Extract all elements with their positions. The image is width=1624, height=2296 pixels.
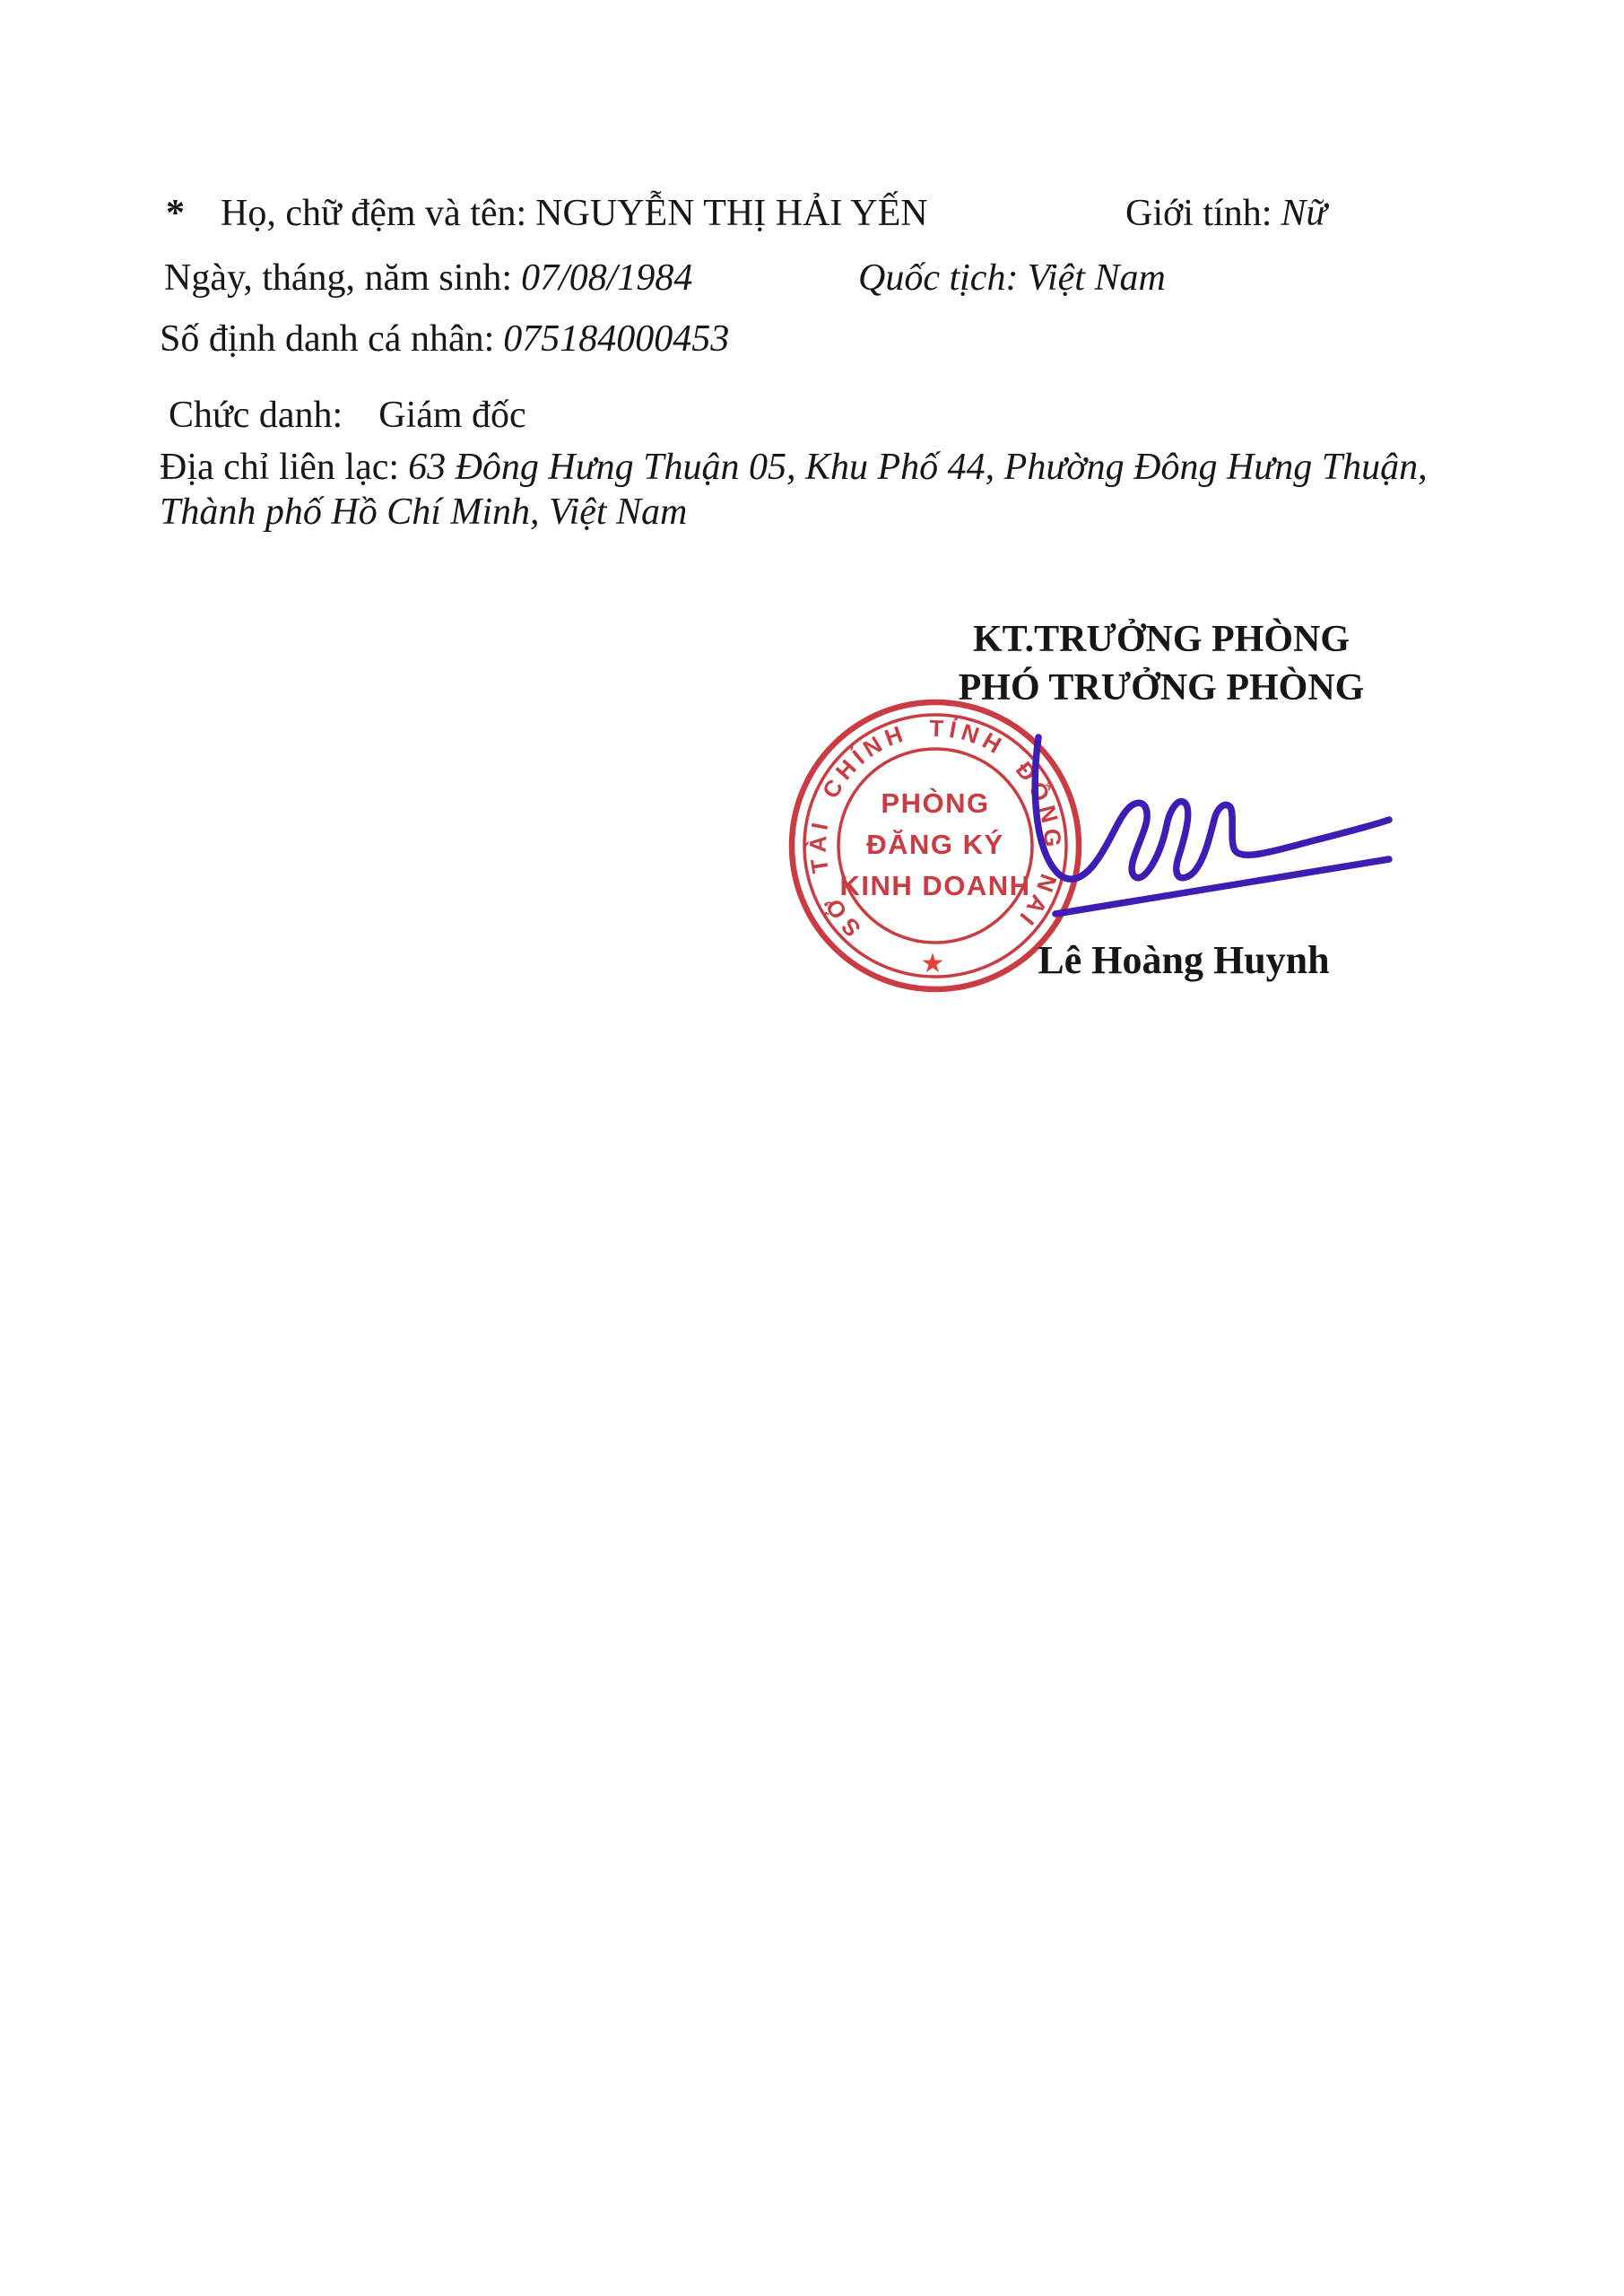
star-icon: ★ — [921, 949, 945, 978]
position-value: Giám đốc — [378, 395, 525, 436]
signature-flourish — [1035, 737, 1389, 879]
stamp-inner-ring — [838, 749, 1032, 943]
address-value-line2: Thành phố Hồ Chí Minh, Việt Nam — [160, 490, 1505, 535]
name-value: NGUYỄN THỊ HẢI YẾN — [535, 193, 927, 234]
gender-label: Giới tính: — [1125, 193, 1272, 234]
address-label: Địa chỉ liên lạc: — [160, 447, 399, 488]
stamp-center-line3: KINH DOANH — [839, 870, 1030, 901]
personal-id-value: 075184000453 — [503, 318, 729, 360]
field-personal-id: Số định danh cá nhân:075184000453 — [160, 317, 729, 361]
field-address: Địa chỉ liên lạc:63 Đông Hưng Thuận 05, … — [160, 445, 1505, 535]
signature-heading: KT.TRƯỞNG PHÒNG PHÓ TRƯỞNG PHÒNG — [924, 615, 1399, 712]
document-page: *Họ, chữ đệm và tên:NGUYỄN THỊ HẢI YẾN G… — [0, 0, 1624, 2296]
stamp-ring-text: SỞ TÀI CHÍNH TỈNH ĐỒNG NAI — [804, 715, 1067, 943]
stamp-center-line1: PHÒNG — [881, 787, 989, 819]
field-gender: Giới tính:Nữ — [1125, 191, 1326, 236]
bullet-asterisk: * — [166, 191, 185, 236]
stamp-center-line2: ĐĂNG KÝ — [866, 829, 1003, 860]
signature-stroke — [1035, 737, 1389, 914]
address-value-line1: 63 Đông Hưng Thuận 05, Khu Phố 44, Phườn… — [408, 447, 1428, 488]
field-nationality: Quốc tịch:Việt Nam — [858, 256, 1166, 300]
gender-value: Nữ — [1281, 193, 1326, 234]
nationality-label: Quốc tịch: — [858, 257, 1018, 299]
personal-id-label: Số định danh cá nhân: — [160, 318, 494, 360]
signature-heading-line2: PHÓ TRƯỞNG PHÒNG — [924, 664, 1399, 712]
stamp-ring-text-element: SỞ TÀI CHÍNH TỈNH ĐỒNG NAI — [804, 715, 1067, 943]
nationality-value: Việt Nam — [1027, 257, 1165, 299]
dob-value: 07/08/1984 — [521, 257, 692, 299]
field-row-name: *Họ, chữ đệm và tên:NGUYỄN THỊ HẢI YẾN — [166, 191, 928, 236]
signature-heading-line1: KT.TRƯỞNG PHÒNG — [924, 615, 1399, 664]
signer-name: Lê Hoàng Huynh — [946, 938, 1421, 983]
field-dob: Ngày, tháng, năm sinh:07/08/1984 — [164, 256, 692, 300]
name-label: Họ, chữ đệm và tên: — [221, 193, 526, 234]
dob-label: Ngày, tháng, năm sinh: — [164, 257, 512, 299]
position-label: Chức danh: — [169, 395, 343, 436]
signature-underline — [1055, 859, 1389, 914]
field-position: Chức danh:Giám đốc — [169, 393, 526, 438]
